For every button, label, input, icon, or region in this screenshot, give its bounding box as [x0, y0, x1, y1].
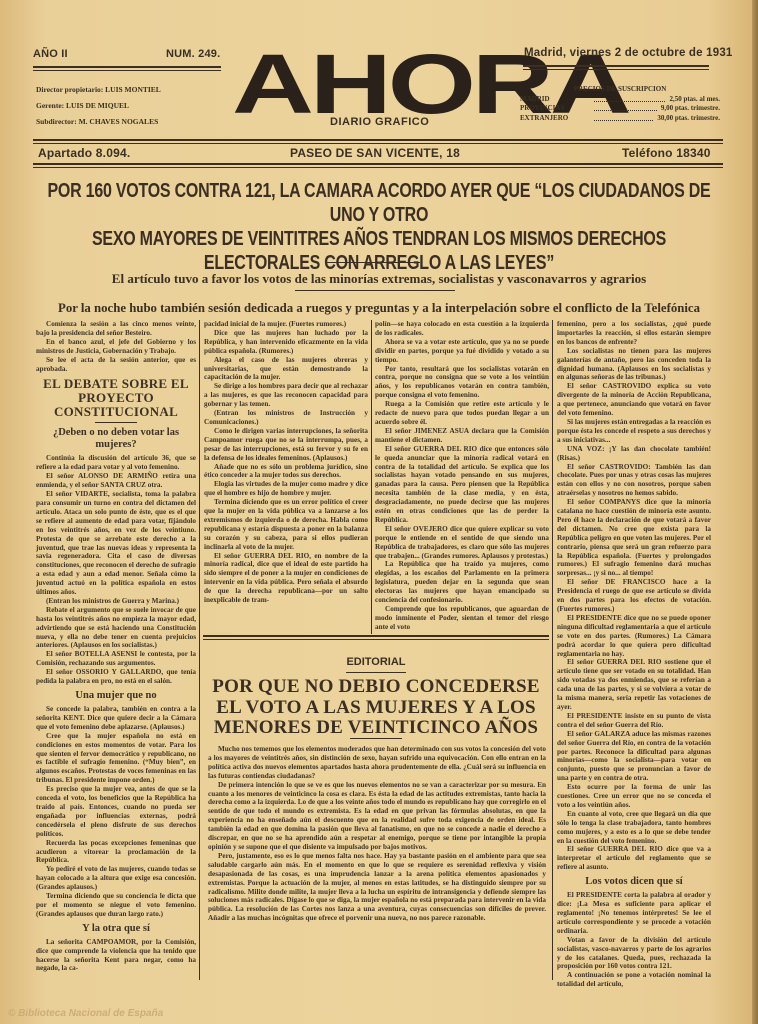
- paragraph: Rebate el argumento que se suele invocar…: [36, 606, 196, 651]
- deck-rule: [295, 290, 455, 291]
- paragraph: pacidad inicial de la mujer. (Fuertes ru…: [204, 320, 368, 329]
- paragraph: Elogia las virtudes de la mujer como mad…: [204, 480, 368, 498]
- staff-subdirector: Subdirector: M. CHAVES NOGALES: [36, 114, 161, 130]
- masthead-rule-full: [33, 139, 723, 144]
- paragraph: El señor DE FRANCISCO hace a la Presiden…: [557, 578, 711, 614]
- paragraph: Si las mujeres están entregadas a la rea…: [557, 418, 711, 445]
- paragraph: Los socialistas no tienen para las mujer…: [557, 347, 711, 383]
- staff-list: Director propietario: LUIS MONTIEL Geren…: [36, 82, 161, 130]
- paragraph: Pero, justamente, eso es lo que menos fa…: [208, 852, 546, 923]
- paragraph: El PRESIDENTE insiste en su punto de vis…: [557, 712, 711, 730]
- paragraph: Cree que la mujer española no está en co…: [36, 732, 196, 785]
- editorial-title-rule: [350, 738, 402, 739]
- paragraph: El señor JIMENEZ ASUA declara que la Com…: [375, 427, 549, 445]
- price-region: EXTRANJERO: [520, 114, 590, 124]
- paragraph: El señor GUERRA DEL RIO dice que va a in…: [557, 845, 711, 872]
- deck-secondary: Por la noche hubo también sesión dedicad…: [20, 301, 738, 316]
- price-value: 2,50 ptas. al mes.: [669, 95, 720, 105]
- editorial-title: POR QUE NO DEBIO CONCEDERSE EL VOTO A LA…: [206, 677, 546, 739]
- headline-line: SEXO MAYORES DE VEINTITRES AÑOS TENDRAN …: [37, 227, 722, 251]
- paragraph: Se concede la palabra, también en contra…: [36, 705, 196, 732]
- headline-rule: [325, 262, 420, 263]
- paragraph: Yo pediré el voto de las mujeres, cuando…: [36, 865, 196, 892]
- subheading: Y la otra que sí: [36, 923, 196, 935]
- column-divider: [199, 320, 200, 980]
- paragraph: El señor GUERRA DEL RIO sostiene que el …: [557, 658, 711, 711]
- article-column-1: Comienza la sesión a las cinco menos vei…: [36, 320, 196, 973]
- price-value: 30,00 ptas. trimestre.: [657, 114, 720, 124]
- paragraph: Alega el caso de las mujeres obreras y u…: [204, 356, 368, 383]
- price-row: PROVINCIAS 9,00 ptas. trimestre.: [520, 104, 720, 114]
- page-edge-shadow: [752, 0, 758, 1024]
- paragraph: A continuación se pone a votación nomina…: [557, 971, 711, 989]
- library-watermark: © Biblioteca Nacional de España: [8, 1008, 163, 1019]
- editorial-top-rule: [203, 635, 549, 640]
- paragraph: Recuerda las pocas excepciones femeninas…: [36, 839, 196, 866]
- paragraph: Como le dirigen varias interrupciones, l…: [204, 427, 368, 463]
- paragraph: El señor GALARZA aduce las mismas razone…: [557, 730, 711, 783]
- masthead-rule-left: [33, 66, 221, 71]
- paragraph: En el banco azul, el jefe del Gobierno y…: [36, 338, 196, 356]
- paragraph: Dice que las mujeres han luchado por la …: [204, 329, 368, 356]
- price-row: MADRID 2,50 ptas. al mes.: [520, 95, 720, 105]
- section-rule: [95, 422, 137, 423]
- paragraph: Termina diciendo que su conciencia le di…: [36, 892, 196, 919]
- paragraph: (Entran los ministros de Guerra y Marina…: [36, 597, 196, 606]
- subheading: ¿Deben o no deben votar las mujeres?: [36, 427, 196, 451]
- paragraph: Votan a favor de la división del artícul…: [557, 936, 711, 972]
- price-value: 9,00 ptas. trimestre.: [661, 104, 720, 114]
- price-region: MADRID: [520, 95, 590, 105]
- paragraph: El señor GUERRA DEL RIO dice que entonce…: [375, 445, 549, 525]
- subheading: Una mujer que no: [36, 690, 196, 702]
- po-box: Apartado 8.094.: [38, 146, 130, 160]
- paragraph: femenino, pero a los socialistas, ¿qué p…: [557, 320, 711, 347]
- paragraph: Ahora se va a votar este artículo, que y…: [375, 338, 549, 365]
- lead-headline: POR 160 VOTOS CONTRA 121, LA CAMARA ACOR…: [37, 179, 722, 275]
- paragraph: El señor ALONSO DE ARMIÑO retira una enm…: [36, 472, 196, 490]
- paragraph: Comprende que los republicanos, que agua…: [375, 605, 549, 632]
- paragraph: Termina diciendo que es un error polític…: [204, 498, 368, 551]
- paragraph: Esto ocurre por la forma de unir las cue…: [557, 783, 711, 810]
- paragraph: El PRESIDENTE dice que no se puede opone…: [557, 614, 711, 659]
- paragraph: Continúa la discusión del artículo 36, q…: [36, 454, 196, 472]
- staff-director: Director propietario: LUIS MONTIEL: [36, 82, 161, 98]
- paragraph: UNA VOZ: ¡Y las dan chocolate también! (…: [557, 445, 711, 463]
- paragraph: El señor CASTROVIDO: También las dan cho…: [557, 463, 711, 499]
- editorial-kicker-rule: [346, 672, 406, 673]
- paragraph: La República que ha traído ya mujeres, c…: [375, 560, 549, 605]
- year-label: AÑO II: [33, 48, 68, 60]
- masthead-rule-bottom: [33, 163, 723, 168]
- paragraph: Por tanto, resultará que los socialistas…: [375, 365, 549, 401]
- price-row: EXTRANJERO 30,00 ptas. trimestre.: [520, 114, 720, 124]
- paragraph: Se lee el acta de la sesión anterior, qu…: [36, 356, 196, 374]
- column-divider: [552, 320, 553, 980]
- paragraph: El señor COMPANYS dice que la minoría ca…: [557, 498, 711, 578]
- paragraph: El señor OSSORIO Y GALLARDO, que tenía p…: [36, 668, 196, 686]
- paragraph: El señor VIDARTE, socialista, toma la pa…: [36, 490, 196, 597]
- staff-manager: Gerente: LUIS DE MIQUEL: [36, 98, 161, 114]
- editorial-kicker: EDITORIAL: [204, 656, 548, 668]
- paragraph: El PRESIDENTE corta la palabra al orador…: [557, 891, 711, 936]
- paragraph: Comienza la sesión a las cinco menos vei…: [36, 320, 196, 338]
- column-divider: [371, 320, 372, 634]
- article-column-4: femenino, pero a los socialistas, ¿qué p…: [557, 320, 711, 989]
- paragraph: De primera intención lo que se ve es que…: [208, 781, 546, 852]
- paragraph: El señor CASTROVIDO explica su voto dive…: [557, 382, 711, 418]
- paragraph: La señorita CAMPOAMOR, por la Comisión, …: [36, 938, 196, 974]
- paragraph: El señor GUERRA DEL RIO, en nombre de la…: [204, 552, 368, 605]
- deck-primary: El artículo tuvo a favor los votos de la…: [20, 271, 738, 287]
- newspaper-subtitle: DIARIO GRAFICO: [330, 116, 429, 128]
- subscription-prices: PRECIOS DE SUSCRIPCION MADRID 2,50 ptas.…: [520, 85, 720, 123]
- paragraph: Mucho nos tememos que los elementos mode…: [208, 745, 546, 781]
- paragraph: El señor OVEJERO dice que quiere explica…: [375, 525, 549, 561]
- paragraph: Es preciso que la mujer vea, antes de qu…: [36, 785, 196, 838]
- paragraph: Se dirige a los hombres para decir que a…: [204, 382, 368, 409]
- address: PASEO DE SAN VICENTE, 18: [290, 146, 460, 160]
- masthead-rule-right: [523, 65, 709, 70]
- paragraph: En cuanto al voto, cree que llegará un d…: [557, 810, 711, 846]
- prices-heading: PRECIOS DE SUSCRIPCION: [520, 85, 720, 95]
- subheading: Los votos dicen que sí: [557, 876, 711, 888]
- paragraph: polín—se haya colocado en esta cuestión …: [375, 320, 549, 338]
- headline-line: POR 160 VOTOS CONTRA 121, LA CAMARA ACOR…: [37, 179, 722, 227]
- editorial-body: Mucho nos tememos que los elementos mode…: [208, 745, 546, 923]
- phone: Teléfono 18340: [622, 146, 711, 160]
- paragraph: Ruega a la Comisión que retire este artí…: [375, 400, 549, 427]
- paragraph: (Entran los ministros de Instrucción y C…: [204, 409, 368, 427]
- article-column-2: pacidad inicial de la mujer. (Fuertes ru…: [204, 320, 368, 605]
- article-column-3: polín—se haya colocado en esta cuestión …: [375, 320, 549, 632]
- price-region: PROVINCIAS: [520, 104, 590, 114]
- issue-number: NUM. 249.: [166, 48, 220, 60]
- dateline: Madrid, viernes 2 de octubre de 1931: [524, 47, 733, 59]
- paragraph: Añade que no es sólo un problema jurídic…: [204, 463, 368, 481]
- section-heading: EL DEBATE SOBRE EL PROYECTO CONSTITUCION…: [36, 377, 196, 419]
- paragraph: El señor BOTELLA ASENSI le contesta, por…: [36, 650, 196, 668]
